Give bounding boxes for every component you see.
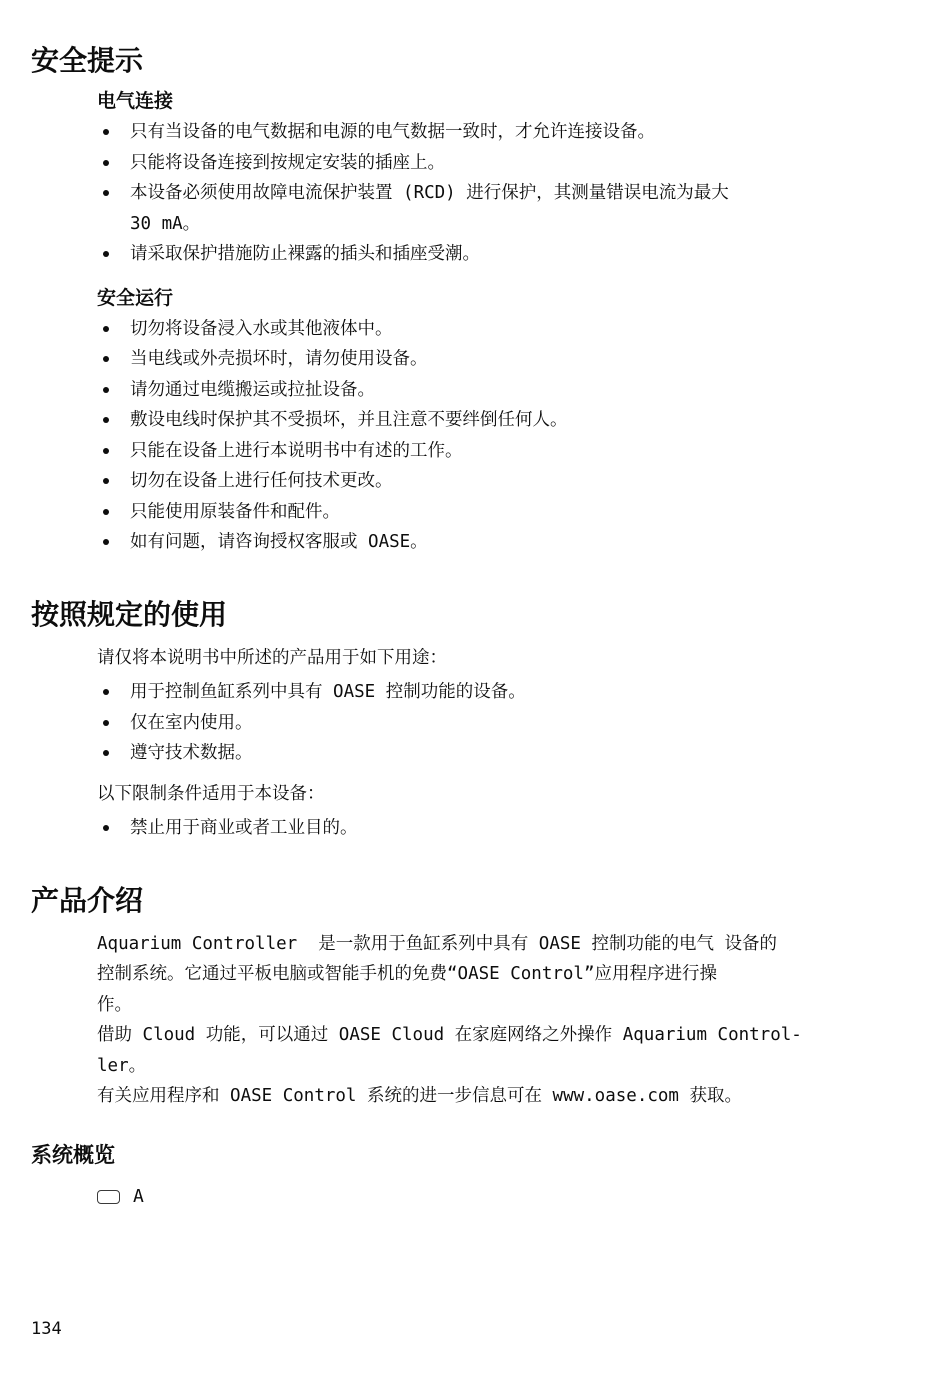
section-title-safety: 安全提示 xyxy=(31,44,892,77)
manual-page: 安全提示 电气连接 只有当设备的电气数据和电源的电气数据一致时，才允许连接设备。… xyxy=(0,0,950,1382)
subheading-safe-operation: 安全运行 xyxy=(97,286,892,310)
product-description-section: Aquarium Controller 是一款用于鱼缸系列中具有 OASE 控制… xyxy=(97,929,892,1112)
bullet-item: 禁止用于商业或者工业目的。 xyxy=(97,813,867,844)
bullet-item: 当电线或外壳损坏时，请勿使用设备。 xyxy=(97,344,867,375)
figure-reference: A xyxy=(97,1182,892,1212)
subheading-electrical-connection: 电气连接 xyxy=(97,89,892,113)
bullet-item: 遵守技术数据。 xyxy=(97,738,867,769)
restrictions-intro: 以下限制条件适用于本设备： xyxy=(97,779,892,810)
bullet-item: 本设备必须使用故障电流保护装置 (RCD) 进行保护，其测量错误电流为最大 30… xyxy=(97,178,867,239)
bullet-item: 如有问题，请咨询授权客服或 OASE。 xyxy=(97,527,867,558)
intended-use-intro: 请仅将本说明书中所述的产品用于如下用途： xyxy=(97,643,892,674)
bullet-item: 切勿在设备上进行任何技术更改。 xyxy=(97,466,867,497)
intended-use-section: 请仅将本说明书中所述的产品用于如下用途： 用于控制鱼缸系列中具有 OASE 控制… xyxy=(97,643,892,844)
page-number: 134 xyxy=(31,1318,62,1340)
system-overview-section: A xyxy=(97,1182,892,1212)
safety-electrical-section: 电气连接 只有当设备的电气数据和电源的电气数据一致时，才允许连接设备。 只能将设… xyxy=(97,89,892,558)
figure-frame-icon xyxy=(97,1190,120,1204)
product-paragraph: Aquarium Controller 是一款用于鱼缸系列中具有 OASE 控制… xyxy=(97,929,892,1021)
subsection-title-system-overview: 系统概览 xyxy=(31,1142,892,1168)
bullet-item: 只能在设备上进行本说明书中有述的工作。 xyxy=(97,436,867,467)
electrical-bullet-list: 只有当设备的电气数据和电源的电气数据一致时，才允许连接设备。 只能将设备连接到按… xyxy=(97,117,867,270)
product-paragraph: 借助 Cloud 功能，可以通过 OASE Cloud 在家庭网络之外操作 Aq… xyxy=(97,1020,892,1081)
bullet-item: 只能使用原装备件和配件。 xyxy=(97,497,867,528)
restrictions-bullet-list: 禁止用于商业或者工业目的。 xyxy=(97,813,867,844)
bullet-item: 仅在室内使用。 xyxy=(97,708,867,739)
section-title-product-description: 产品介绍 xyxy=(31,884,892,917)
product-paragraph: 有关应用程序和 OASE Control 系统的进一步信息可在 www.oase… xyxy=(97,1081,892,1112)
figure-label: A xyxy=(133,1182,144,1212)
bullet-item: 敷设电线时保护其不受损坏，并且注意不要绊倒任何人。 xyxy=(97,405,867,436)
bullet-item: 用于控制鱼缸系列中具有 OASE 控制功能的设备。 xyxy=(97,677,867,708)
intended-use-bullet-list: 用于控制鱼缸系列中具有 OASE 控制功能的设备。 仅在室内使用。 遵守技术数据… xyxy=(97,677,867,769)
bullet-item: 请勿通过电缆搬运或拉扯设备。 xyxy=(97,375,867,406)
bullet-item: 切勿将设备浸入水或其他液体中。 xyxy=(97,314,867,345)
bullet-item: 只能将设备连接到按规定安装的插座上。 xyxy=(97,148,867,179)
operation-bullet-list: 切勿将设备浸入水或其他液体中。 当电线或外壳损坏时，请勿使用设备。 请勿通过电缆… xyxy=(97,314,867,558)
section-title-intended-use: 按照规定的使用 xyxy=(31,598,892,631)
bullet-item: 请采取保护措施防止裸露的插头和插座受潮。 xyxy=(97,239,867,270)
bullet-item: 只有当设备的电气数据和电源的电气数据一致时，才允许连接设备。 xyxy=(97,117,867,148)
